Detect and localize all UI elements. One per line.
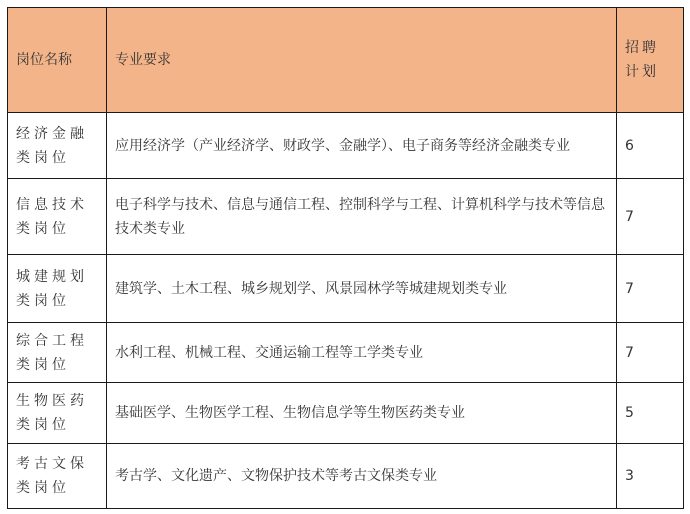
table-row: 综合工程类岗位 水利工程、机械工程、交通运输工程等工学类专业 7 <box>8 323 684 383</box>
table-row: 考古文保类岗位 考古学、文化遗产、文物保护技术等考古文保类专业 3 <box>8 444 684 509</box>
plan-cell: 7 <box>617 179 684 255</box>
requirement-cell: 电子科学与技术、信息与通信工程、控制科学与工程、计算机科学与技术等信息技术类专业 <box>107 179 617 255</box>
plan-cell: 3 <box>617 444 684 509</box>
position-cell: 综合工程类岗位 <box>8 323 107 383</box>
table-row: 经济金融类岗位 应用经济学（产业经济学、财政学、金融学）、电子商务等经济金融类专… <box>8 113 684 179</box>
requirement-cell: 基础医学、生物医学工程、生物信息学等生物医药类专业 <box>107 383 617 444</box>
position-cell: 城建规划类岗位 <box>8 255 107 323</box>
recruitment-table: 岗位名称 专业要求 招聘计划 经济金融类岗位 应用经济学（产业经济学、财政学、金… <box>7 7 684 509</box>
header-plan: 招聘计划 <box>617 8 684 113</box>
requirement-cell: 考古学、文化遗产、文物保护技术等考古文保类专业 <box>107 444 617 509</box>
table-row: 信息技术类岗位 电子科学与技术、信息与通信工程、控制科学与工程、计算机科学与技术… <box>8 179 684 255</box>
plan-cell: 7 <box>617 323 684 383</box>
position-cell: 信息技术类岗位 <box>8 179 107 255</box>
header-requirement: 专业要求 <box>107 8 617 113</box>
table-body: 经济金融类岗位 应用经济学（产业经济学、财政学、金融学）、电子商务等经济金融类专… <box>8 113 684 509</box>
plan-cell: 7 <box>617 255 684 323</box>
header-position: 岗位名称 <box>8 8 107 113</box>
table-row: 城建规划类岗位 建筑学、土木工程、城乡规划学、风景园林学等城建规划类专业 7 <box>8 255 684 323</box>
requirement-cell: 建筑学、土木工程、城乡规划学、风景园林学等城建规划类专业 <box>107 255 617 323</box>
position-cell: 生物医药类岗位 <box>8 383 107 444</box>
plan-cell: 6 <box>617 113 684 179</box>
header-row: 岗位名称 专业要求 招聘计划 <box>8 8 684 113</box>
position-cell: 经济金融类岗位 <box>8 113 107 179</box>
table-header: 岗位名称 专业要求 招聘计划 <box>8 8 684 113</box>
position-cell: 考古文保类岗位 <box>8 444 107 509</box>
table-row: 生物医药类岗位 基础医学、生物医学工程、生物信息学等生物医药类专业 5 <box>8 383 684 444</box>
plan-cell: 5 <box>617 383 684 444</box>
requirement-cell: 水利工程、机械工程、交通运输工程等工学类专业 <box>107 323 617 383</box>
requirement-cell: 应用经济学（产业经济学、财政学、金融学）、电子商务等经济金融类专业 <box>107 113 617 179</box>
